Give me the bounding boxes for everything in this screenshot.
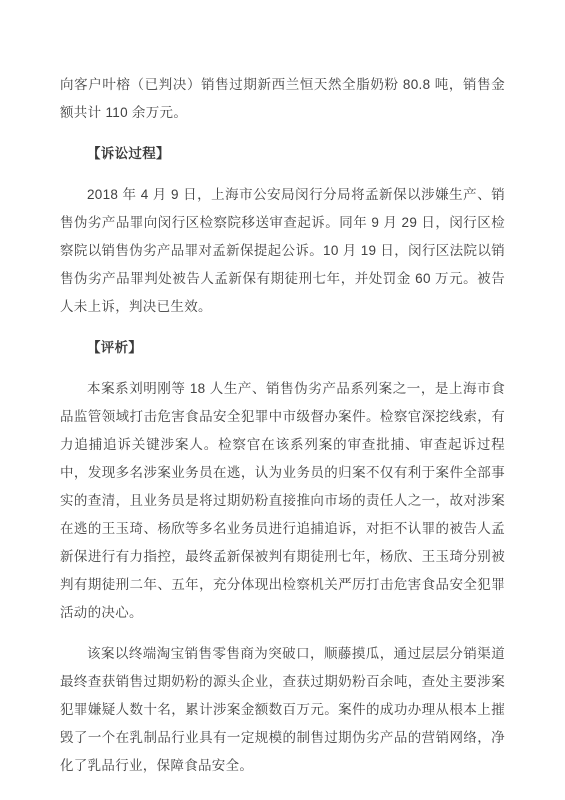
litigation-process-paragraph: 2018 年 4 月 9 日，上海市公安局闵行分局将孟新保以涉嫌生产、销售伪劣产… [60,181,505,321]
section-heading-analysis: 【评析】 [60,334,505,362]
document-page: 向客户叶榕（已判决）销售过期新西兰恒天然全脂奶粉 80.8 吨，销售金额共计 1… [0,0,565,800]
analysis-paragraph-2: 该案以终端淘宝销售零售商为突破口，顺藤摸瓜，通过层层分销渠道最终查获销售过期奶粉… [60,640,505,780]
analysis-paragraph-1: 本案系刘明刚等 18 人生产、销售伪劣产品系列案之一，是上海市食品监管领域打击危… [60,375,505,627]
intro-paragraph: 向客户叶榕（已判决）销售过期新西兰恒天然全脂奶粉 80.8 吨，销售金额共计 1… [60,71,505,127]
section-heading-litigation-process: 【诉讼过程】 [60,140,505,168]
